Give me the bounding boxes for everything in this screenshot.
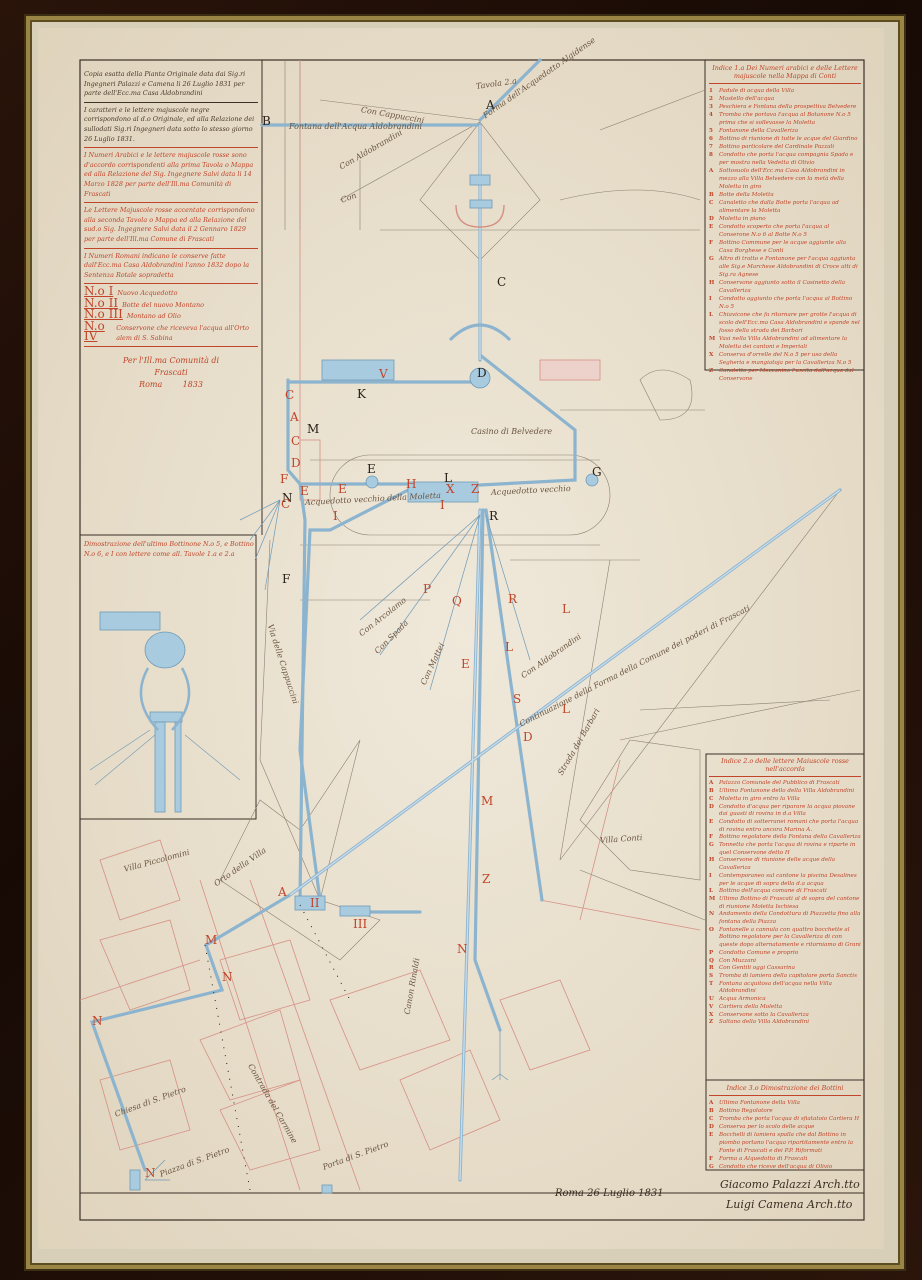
legend-text: Bocchelli di lamiera spalla che dal Bott… <box>719 1131 861 1155</box>
map-letter-black: C <box>497 275 506 289</box>
map-letter-black: K <box>357 387 366 401</box>
legend-key: G <box>709 1163 717 1171</box>
place-date: Roma 26 Luglio 1831 <box>555 1188 664 1199</box>
legend-key: L <box>709 888 717 896</box>
map-letter-red: V <box>379 367 388 381</box>
legend-item: OFontanelle a cannula con quattro bocche… <box>709 927 861 950</box>
legend-item: 2Mastello dell'acqua <box>709 95 861 103</box>
map-letter-red: Q <box>452 594 462 608</box>
legend-item: BBottino Regolatore <box>709 1107 861 1115</box>
legend-text: Moletta in piano <box>719 215 766 223</box>
legend-item: AUltimo Fontanone della Villa <box>709 1099 861 1107</box>
architect-signature-1: Giacomo Palazzi Arch.tto <box>720 1178 860 1191</box>
legend-item: NAndamento della Condottura di Piazzetta… <box>709 911 861 926</box>
legend-item: ICondotto aggiunto che porta l'acqua al … <box>709 295 861 311</box>
map-letter-red: E <box>300 484 309 498</box>
legend-key: 4 <box>709 111 717 127</box>
legend-text: Tromba di lamiera della capitolare porta… <box>719 973 857 981</box>
inset-title: Dimostrazione dell'ultimo Bottinone N.o … <box>84 540 254 559</box>
legend-key: P <box>709 950 717 958</box>
map-letter-red: C <box>285 388 294 402</box>
legend-text: Condotto aggiunto che porta l'acqua al B… <box>719 295 861 311</box>
legend-item: QCon Muzzani <box>709 958 861 966</box>
legend-key: C <box>709 1115 717 1123</box>
architect-signature-2: Luigi Camena Arch.tto <box>726 1198 852 1211</box>
map-letter-red: I <box>333 509 338 523</box>
legend-item: MVasi nella Villa Aldobrandini ad alimen… <box>709 335 861 351</box>
map-letter-red: A <box>278 885 287 899</box>
legend-text: Chiavicone che fa ritornare per grotte l… <box>719 311 861 335</box>
map-letter-red: N <box>92 1014 103 1028</box>
legend-text: Condotto d'acqua per riparare la acqua p… <box>719 804 861 819</box>
map-letter-black: E <box>367 462 376 476</box>
legend-item: ZCanaletto per Mezzanino l'uscita dall'a… <box>709 367 861 383</box>
legend-key: E <box>709 1131 717 1155</box>
legend-item: CCanaletto che dalla Botte porta l'acqua… <box>709 199 861 215</box>
legend-key: E <box>709 223 717 239</box>
map-letter-red: A <box>290 410 299 424</box>
legend-item: GAltro di tratto e Fontanone per l'acqua… <box>709 255 861 279</box>
legend-text: Conservone aggiunto sotto il Casinetto d… <box>719 279 861 295</box>
legend-item: 1Padule di acqua della Villa <box>709 87 861 95</box>
map-letter-red: M <box>481 794 493 808</box>
legend-item: XConserva d'orrelle del N.o 5 per uso de… <box>709 351 861 367</box>
legend-key: O <box>709 927 717 950</box>
map-letter-red: X <box>446 482 455 496</box>
legend-item: 7Bottino particolare del Cardinale Pazza… <box>709 143 861 151</box>
roman-legend-item: N.o IVConservone che riceveva l'acqua al… <box>84 322 258 343</box>
map-letter-red: M <box>205 933 217 947</box>
legend-index-3-items: AUltimo Fontanone della VillaBBottino Re… <box>709 1099 861 1171</box>
legend-index-1: Indice 1.a Dei Numeri arabici e delle Le… <box>709 64 861 383</box>
legend-key: Z <box>709 367 717 383</box>
legend-text: Condotto che porta l'acqua compagnia Spa… <box>719 151 861 167</box>
map-letter-red: F <box>280 472 288 486</box>
legend-item: 4Tromba che portava l'acqua al Botanone … <box>709 111 861 127</box>
map-title: Copia esatta della Pianta Originale data… <box>84 70 258 99</box>
map-letter-red: L <box>562 602 570 616</box>
legend-key: B <box>709 191 717 199</box>
legend-text: Bottino dell'acqua comune di Frascati <box>719 888 827 896</box>
legend-key: C <box>709 199 717 215</box>
legend-text: Conservone di riunione delle acque della… <box>719 857 861 872</box>
legend-text: Tromba che portava l'acqua al Botanone N… <box>719 111 861 127</box>
legend-text: Palazzo Comunale del Pubblico di Frascat… <box>719 780 840 788</box>
map-letter-red: D <box>291 456 301 470</box>
legend-text: Fontanelle a cannula con quattro bocchet… <box>719 927 861 950</box>
map-letter-black: G <box>592 465 602 479</box>
legend-key: F <box>709 1155 717 1163</box>
legend-item: 5Fontanone della Cavalleriza <box>709 127 861 135</box>
legend-index-3: Indice 3.o Dimostrazione dei Bottini AUl… <box>709 1084 861 1171</box>
map-letter-black: B <box>262 114 271 128</box>
legend-key: V <box>709 1004 717 1012</box>
legend-text: Condotto Comune e proprio <box>719 950 798 958</box>
note-red-numbers: I Numeri Arabici e le lettere majuscole … <box>84 151 258 199</box>
legend-item: LBottino dell'acqua comune di Frascati <box>709 888 861 896</box>
map-letter-black: M <box>307 422 319 436</box>
map-letter-red: L <box>505 640 513 654</box>
legend-text: Fontana acquitosa dell'acqua nella Villa… <box>719 981 861 996</box>
roman-legend: N.o INuovo Acquedotto N.o IIBotte del nu… <box>84 287 258 343</box>
legend-text: Con Gentili oggi Cassarina <box>719 965 795 973</box>
legend-item: ZSaltano della Villa Aldobrandini <box>709 1019 861 1027</box>
legend-item: TFontana acquitosa dell'acqua nella Vill… <box>709 981 861 996</box>
legend-text: Acqua Armonica <box>719 996 766 1004</box>
legend-item: ASottosuolo dell'Ecc.ma Casa Aldobrandin… <box>709 167 861 191</box>
legend-item: HConservone aggiunto sotto il Casinetto … <box>709 279 861 295</box>
legend-key: B <box>709 788 717 796</box>
legend-item: DMoletta in piano <box>709 215 861 223</box>
legend-key: A <box>709 1099 717 1107</box>
legend-key: 5 <box>709 127 717 135</box>
legend-item: 3Peschiera e Fontana della prospettiva B… <box>709 103 861 111</box>
legend-key: Z <box>709 1019 717 1027</box>
legend-item: MUltimo Bottino di Frascati al di sopra … <box>709 896 861 911</box>
legend-key: G <box>709 255 717 279</box>
legend-item: XConservone sotto la Cavalleriza <box>709 1012 861 1020</box>
legend-text: Ultimo Bottino di Frascati al di sopra d… <box>719 896 861 911</box>
legend-text: Contemporaneo sul cantone la piscina Des… <box>719 873 861 888</box>
legend-item: VCartiera della Moletta <box>709 1004 861 1012</box>
legend-item: HConservone di riunione delle acque dell… <box>709 857 861 872</box>
legend-text: Conserva per lo scolo delle acque <box>719 1123 814 1131</box>
legend-key: S <box>709 973 717 981</box>
note-red-accented: Le Lettere Majuscole rosse accentate cor… <box>84 206 258 244</box>
legend-text: Forma a Alquedotto di Frascati <box>719 1155 807 1163</box>
legend-item: BBotte della Moletta <box>709 191 861 199</box>
legend-key: 6 <box>709 135 717 143</box>
roman-legend-item: N.o IIIMontano ad Olio <box>84 310 258 322</box>
legend-key: H <box>709 857 717 872</box>
map-letter-red: Z <box>482 872 490 886</box>
legend-text: Bottino particolare del Cardinale Pazzal… <box>719 143 834 151</box>
legend-text: Sottosuolo dell'Ecc.ma Casa Aldobrandini… <box>719 167 861 191</box>
map-letter-red: N <box>145 1166 156 1180</box>
legend-text: Ultimo Fontanone dello della Villa Aldob… <box>719 788 854 796</box>
legend-text: Vasi nella Villa Aldobrandini ad aliment… <box>719 335 861 351</box>
legend-text: Saltano della Villa Aldobrandini <box>719 1019 809 1027</box>
legend-key: D <box>709 215 717 223</box>
legend-key: 7 <box>709 143 717 151</box>
map-letter-red: E <box>338 482 347 496</box>
map-letter-red: I <box>440 498 445 512</box>
legend-key: H <box>709 279 717 295</box>
legend-key: D <box>709 1123 717 1131</box>
legend-key: M <box>709 896 717 911</box>
legend-item: DCondotto d'acqua per riparare la acqua … <box>709 804 861 819</box>
legend-key: C <box>709 796 717 804</box>
map-letter-red: III <box>353 917 367 931</box>
legend-text: Padule di acqua della Villa <box>719 87 794 95</box>
note-black-letters: I caratteri e le lettere majuscole negre… <box>84 106 258 144</box>
legend-item: STromba di lamiera della capitolare port… <box>709 973 861 981</box>
legend-text: Cartiera della Moletta <box>719 1004 782 1012</box>
map-letter-black: R <box>489 509 498 523</box>
legend-text: Condotto di sotterranei romani che porta… <box>719 819 861 834</box>
legend-key: A <box>709 780 717 788</box>
legend-key: 1 <box>709 87 717 95</box>
map-letter-red: Z <box>471 482 479 496</box>
legend-key: X <box>709 1012 717 1020</box>
map-letter-red: H <box>406 477 416 491</box>
legend-key: B <box>709 1107 717 1115</box>
commune-signature: Per l'Ill.ma Comunità di Frascati Roma 1… <box>84 355 258 391</box>
legend-key: X <box>709 351 717 367</box>
legend-item: CMoletta in giro entro la Villa <box>709 796 861 804</box>
map-letter-red: II <box>310 896 319 910</box>
legend-item: UAcqua Armonica <box>709 996 861 1004</box>
legend-key: L <box>709 311 717 335</box>
map-caption: Fontana dell'Acqua Aldobrandini <box>289 122 422 131</box>
legend-item: GCondotto che riceve dell'acqua di Olivi… <box>709 1163 861 1171</box>
legend-key: D <box>709 804 717 819</box>
legend-item: 6Bottino di riunione di tutte le acque d… <box>709 135 861 143</box>
map-caption: Casino di Belvedere <box>471 427 552 436</box>
title-notes-panel: Copia esatta della Pianta Originale data… <box>84 70 258 391</box>
map-letter-red: C <box>281 497 290 511</box>
legend-text: Canaletto per Mezzanino l'uscita dall'ac… <box>719 367 861 383</box>
legend-item: PCondotto Comune e proprio <box>709 950 861 958</box>
legend-text: Andamento della Condottura di Piazzetta … <box>719 911 861 926</box>
legend-key: G <box>709 842 717 857</box>
legend-text: Botte della Moletta <box>719 191 774 199</box>
legend-text: Tromba che porta l'acqua di sfiatatoio C… <box>719 1115 859 1123</box>
legend-item: RCon Gentili oggi Cassarina <box>709 965 861 973</box>
legend-key: A <box>709 167 717 191</box>
legend-key: F <box>709 834 717 842</box>
map-letter-black: D <box>477 366 487 380</box>
map-letter-red: N <box>457 942 468 956</box>
legend-item: ECondotto scoperto che porta l'acqua al … <box>709 223 861 239</box>
map-letter-red: N <box>222 970 233 984</box>
legend-key: T <box>709 981 717 996</box>
legend-item: CTromba che porta l'acqua di sfiatatoio … <box>709 1115 861 1123</box>
map-letter-red: D <box>523 730 533 744</box>
legend-key: U <box>709 996 717 1004</box>
legend-key: I <box>709 873 717 888</box>
legend-item: APalazzo Comunale del Pubblico di Frasca… <box>709 780 861 788</box>
legend-item: DConserva per lo scolo delle acque <box>709 1123 861 1131</box>
legend-item: FForma a Alquedotto di Frascati <box>709 1155 861 1163</box>
legend-index-2: Indice 2.o delle lettere Maiuscole rosse… <box>709 758 861 1027</box>
legend-key: I <box>709 295 717 311</box>
legend-index-3-title: Indice 3.o Dimostrazione dei Bottini <box>709 1084 861 1092</box>
legend-text: Fontanone della Cavalleriza <box>719 127 798 135</box>
legend-item: FBottino Commune per le acque aggiunte a… <box>709 239 861 255</box>
legend-text: Conservone sotto la Cavalleriza <box>719 1012 809 1020</box>
legend-index-2-items: APalazzo Comunale del Pubblico di Frasca… <box>709 780 861 1027</box>
legend-key: 8 <box>709 151 717 167</box>
legend-key: F <box>709 239 717 255</box>
legend-item: LChiavicone che fa ritornare per grotte … <box>709 311 861 335</box>
legend-item: BUltimo Fontanone dello della Villa Aldo… <box>709 788 861 796</box>
legend-item: 8Condotto che porta l'acqua compagnia Sp… <box>709 151 861 167</box>
legend-text: Bottino di riunione di tutte le acque de… <box>719 135 857 143</box>
legend-text: Canaletto che dalla Botte porta l'acqua … <box>719 199 861 215</box>
legend-item: FBottino regolatore della Fontana della … <box>709 834 861 842</box>
legend-key: N <box>709 911 717 926</box>
note-roman-numerals: I Numeri Romani indicano le conserve fat… <box>84 252 258 281</box>
legend-key: R <box>709 965 717 973</box>
legend-text: Tonnetta che porta l'acqua di rovina e r… <box>719 842 861 857</box>
legend-text: Ultimo Fontanone della Villa <box>719 1099 800 1107</box>
legend-text: Mastello dell'acqua <box>719 95 774 103</box>
map-letter-red: S <box>513 692 521 706</box>
map-letter-red: C <box>291 434 300 448</box>
legend-text: Bottino Regolatore <box>719 1107 773 1115</box>
map-letter-red: E <box>461 657 470 671</box>
legend-item: ECondotto di sotterranei romani che port… <box>709 819 861 834</box>
legend-text: Peschiera e Fontana della prospettiva Be… <box>719 103 856 111</box>
legend-index-2-title: Indice 2.o delle lettere Maiuscole rosse… <box>709 758 861 773</box>
map-letter-black: F <box>282 572 290 586</box>
legend-text: Condotto scoperto che porta l'acqua al C… <box>719 223 861 239</box>
legend-key: 2 <box>709 95 717 103</box>
legend-index-1-title: Indice 1.a Dei Numeri arabici e delle Le… <box>709 64 861 80</box>
legend-text: Condotto che riceve dell'acqua di Olivio <box>719 1163 832 1171</box>
legend-text: Conserva d'orrelle del N.o 5 per uso del… <box>719 351 861 367</box>
legend-text: Con Muzzani <box>719 958 756 966</box>
legend-key: M <box>709 335 717 351</box>
legend-key: Q <box>709 958 717 966</box>
legend-key: E <box>709 819 717 834</box>
legend-text: Bottino regolatore della Fontana della C… <box>719 834 861 842</box>
legend-item: IContemporaneo sul cantone la piscina De… <box>709 873 861 888</box>
legend-key: 3 <box>709 103 717 111</box>
legend-text: Altro di tratto e Fontanone per l'acqua … <box>719 255 861 279</box>
legend-text: Moletta in giro entro la Villa <box>719 796 800 804</box>
map-letter-red: P <box>423 582 431 596</box>
map-letter-red: R <box>508 592 517 606</box>
legend-text: Bottino Commune per le acque aggiunte al… <box>719 239 861 255</box>
legend-index-1-items: 1Padule di acqua della Villa2Mastello de… <box>709 87 861 383</box>
legend-item: EBocchelli di lamiera spalla che dal Bot… <box>709 1131 861 1155</box>
legend-item: GTonnetta che porta l'acqua di rovina e … <box>709 842 861 857</box>
